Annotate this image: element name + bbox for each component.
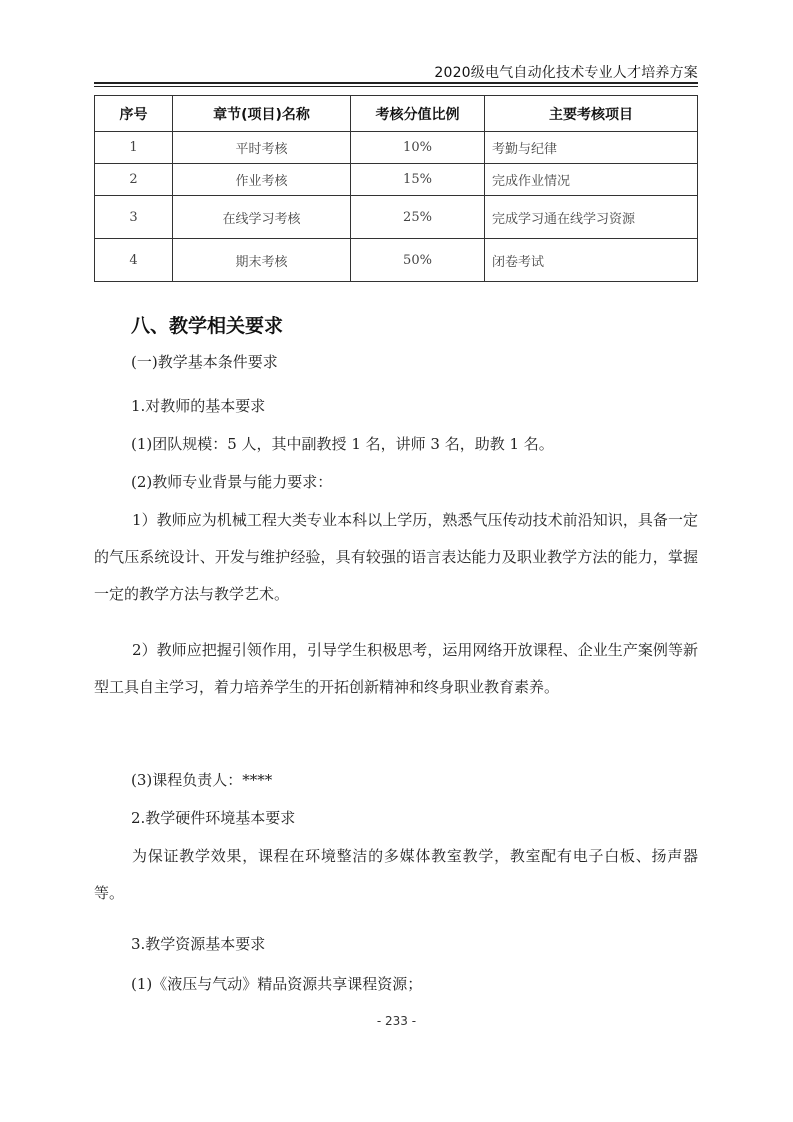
item-title-teachers: 1.对教师的基本要求 (131, 396, 265, 416)
requirement-paragraph-2: 2）教师应把握引领作用，引导学生积极思考，运用网络开放课程、企业生产案例等新型工… (94, 632, 698, 706)
column-header-no: 序号 (95, 96, 173, 132)
cell-items: 闭卷考试 (485, 239, 698, 282)
cell-ratio: 15% (351, 164, 485, 196)
hardware-paragraph: 为保证教学效果，课程在环境整洁的多媒体教室教学，教室配有电子白板、扬声器等。 (94, 838, 698, 912)
cell-name: 期末考核 (173, 239, 351, 282)
table-row: 2 作业考核 15% 完成作业情况 (95, 164, 698, 196)
cell-name: 平时考核 (173, 132, 351, 164)
cell-ratio: 25% (351, 196, 485, 239)
table-row: 3 在线学习考核 25% 完成学习通在线学习资源 (95, 196, 698, 239)
cell-items: 完成学习通在线学习资源 (485, 196, 698, 239)
cell-no: 2 (95, 164, 173, 196)
course-leader-text: (3)课程负责人：**** (131, 770, 272, 790)
column-header-ratio: 考核分值比例 (351, 96, 485, 132)
cell-no: 1 (95, 132, 173, 164)
table-row: 1 平时考核 10% 考勤与纪律 (95, 132, 698, 164)
team-size-text: (1)团队规模：5 人，其中副教授 1 名，讲师 3 名，助教 1 名。 (131, 434, 554, 454)
subsection-title: (一)教学基本条件要求 (131, 352, 278, 372)
header-rule-thick (94, 82, 698, 84)
table-row: 4 期末考核 50% 闭卷考试 (95, 239, 698, 282)
cell-ratio: 50% (351, 239, 485, 282)
assessment-table: 序号 章节(项目)名称 考核分值比例 主要考核项目 1 平时考核 10% 考勤与… (94, 95, 698, 282)
page-number: - 233 - (0, 1014, 793, 1028)
background-title: (2)教师专业背景与能力要求： (131, 472, 332, 492)
table-header-row: 序号 章节(项目)名称 考核分值比例 主要考核项目 (95, 96, 698, 132)
resource-item-1: (1)《液压与气动》精品资源共享课程资源； (131, 974, 422, 994)
cell-name: 作业考核 (173, 164, 351, 196)
cell-items: 考勤与纪律 (485, 132, 698, 164)
item-title-resources: 3.教学资源基本要求 (131, 934, 265, 954)
column-header-name: 章节(项目)名称 (173, 96, 351, 132)
column-header-items: 主要考核项目 (485, 96, 698, 132)
section-heading: 八、教学相关要求 (131, 311, 283, 338)
cell-no: 3 (95, 196, 173, 239)
cell-name: 在线学习考核 (173, 196, 351, 239)
cell-no: 4 (95, 239, 173, 282)
cell-ratio: 10% (351, 132, 485, 164)
running-header-title: 2020级电气自动化技术专业人才培养方案 (94, 62, 698, 82)
cell-items: 完成作业情况 (485, 164, 698, 196)
header-rule-thin (94, 86, 698, 87)
item-title-hardware: 2.教学硬件环境基本要求 (131, 808, 295, 828)
requirement-paragraph-1: 1）教师应为机械工程大类专业本科以上学历，熟悉气压传动技术前沿知识，具备一定的气… (94, 502, 698, 613)
